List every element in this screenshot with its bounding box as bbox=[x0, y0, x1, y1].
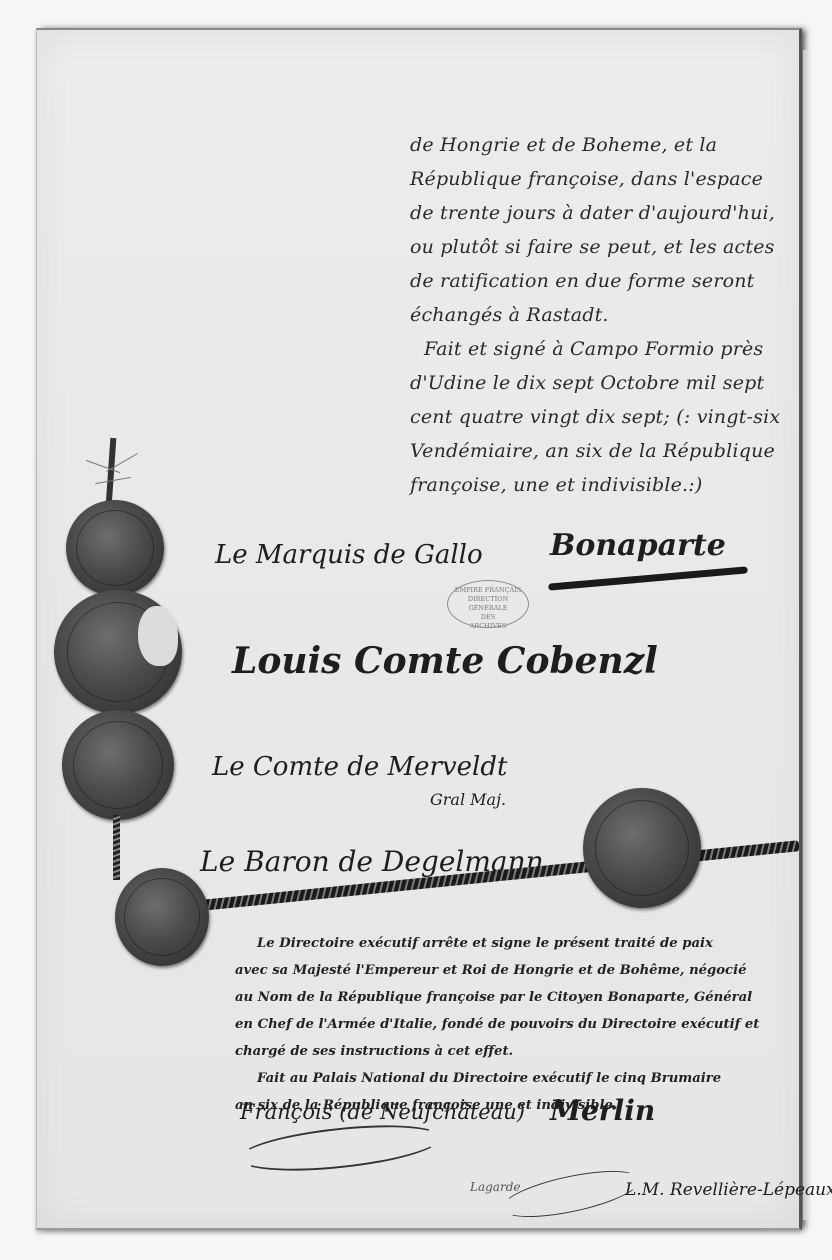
seal-damage bbox=[138, 606, 178, 666]
treaty-line: de trente jours à dater d'aujourd'hui, bbox=[410, 196, 790, 230]
ratification-line: au Nom de la République françoise par le… bbox=[235, 984, 795, 1011]
closing-line: d'Udine le dix sept Octobre mil sept bbox=[410, 366, 790, 400]
treaty-line: de Hongrie et de Boheme, et la bbox=[410, 128, 790, 162]
treaty-line: échangés à Rastadt. bbox=[410, 298, 790, 332]
directory-ratification: Le Directoire exécutif arrête et signe l… bbox=[235, 930, 795, 1119]
seal-cord bbox=[113, 815, 120, 880]
signature-francois-de-neufchateau: François (de Neufchâteau) bbox=[240, 1100, 525, 1124]
stamp-line: DES bbox=[448, 613, 528, 622]
stamp-line: ARCHIVES bbox=[448, 622, 528, 631]
signature-cobenzl: Louis Comte Cobenzl bbox=[232, 640, 658, 682]
wax-seal-icon bbox=[583, 788, 701, 908]
signature-bonaparte: Bonaparte bbox=[550, 528, 726, 563]
wax-seal-icon bbox=[66, 500, 164, 596]
stamp-line: DIRECTION GÉNÉRALE bbox=[448, 595, 528, 613]
signature-gallo: Le Marquis de Gallo bbox=[215, 540, 483, 570]
ratification-line: Le Directoire exécutif arrête et signe l… bbox=[235, 930, 795, 957]
page-edge bbox=[803, 50, 811, 1220]
treaty-line: de ratification en due forme seront bbox=[410, 264, 790, 298]
ratification-line: Fait au Palais National du Directoire ex… bbox=[235, 1065, 795, 1092]
treaty-line: ou plutôt si faire se peut, et les actes bbox=[410, 230, 790, 264]
closing-line: Fait et signé à Campo Formio près bbox=[410, 332, 790, 366]
signature-merveldt: Le Comte de Merveldt bbox=[212, 752, 507, 782]
closing-line: Vendémiaire, an six de la République bbox=[410, 434, 790, 468]
signature-merlin: Merlin bbox=[550, 1094, 655, 1127]
ratification-line: chargé de ses instructions à cet effet. bbox=[235, 1038, 795, 1065]
wax-seal-icon bbox=[115, 868, 209, 966]
ratification-line: avec sa Majesté l'Empereur et Roi de Hon… bbox=[235, 957, 795, 984]
closing-line: françoise, une et indivisible.:) bbox=[410, 468, 790, 502]
signature-lagarde: Lagarde bbox=[470, 1180, 520, 1194]
wax-seal-icon bbox=[62, 710, 174, 820]
treaty-line: République françoise, dans l'espace bbox=[410, 162, 790, 196]
stamp-line: EMPIRE FRANÇAIS bbox=[448, 586, 528, 595]
closing-line: cent quatre vingt dix sept; (: vingt-six bbox=[410, 400, 790, 434]
ratification-line: en Chef de l'Armée d'Italie, fondé de po… bbox=[235, 1011, 795, 1038]
signature-merveldt-rank: Gral Maj. bbox=[430, 790, 506, 809]
treaty-text: de Hongrie et de Boheme, et la Républiqu… bbox=[410, 128, 790, 502]
signature-revelliere-lepeaux: L.M. Revellière-Lépeaux bbox=[625, 1180, 832, 1200]
archive-stamp: EMPIRE FRANÇAIS DIRECTION GÉNÉRALE DES A… bbox=[447, 580, 529, 628]
